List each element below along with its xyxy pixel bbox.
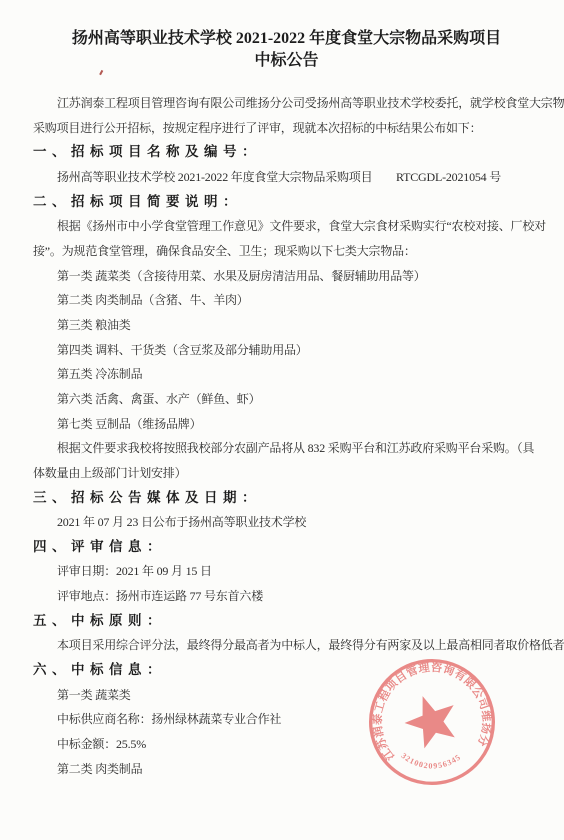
document-text-line: 第三类 粮油类 bbox=[33, 313, 540, 338]
stamp-serial-number: 3210020956345 bbox=[399, 743, 464, 775]
document-text-line: 根据文件要求我校将按照我校部分农副产品将从 832 采购平台和江苏政府采购平台采… bbox=[33, 436, 540, 461]
document-text-line: 第六类 活禽、禽蛋、水产（鲜鱼、虾） bbox=[33, 387, 540, 412]
document-text-line: 评审地点：扬州市连运路 77 号东首六楼 bbox=[33, 584, 540, 609]
stamp-star-icon bbox=[398, 687, 464, 752]
section-heading: 二、招标项目简要说明： bbox=[33, 190, 540, 215]
document-text-line: 第四类 调料、干货类（含豆浆及部分辅助用品） bbox=[33, 338, 540, 363]
document-text-line: 根据《扬州市中小学食堂管理工作意见》文件要求，食堂大宗食材采购实行“农校对接、厂… bbox=[33, 214, 540, 239]
svg-text:3210020956345: 3210020956345 bbox=[399, 743, 464, 775]
document-text-line: 评审日期：2021 年 09 月 15 日 bbox=[33, 559, 540, 584]
title-line-2: 中标公告 bbox=[33, 50, 540, 72]
document-text-line: 第二类 肉类制品（含猪、牛、羊肉） bbox=[33, 288, 540, 313]
document-text-line: 体数量由上级部门计划安排） bbox=[33, 461, 540, 486]
document-text-line: 第一类 蔬菜类（含接待用菜、水果及厨房清洁用品、餐厨辅助用品等） bbox=[33, 264, 540, 289]
official-seal-stamp: 江苏润泰工程项目管理咨询有限公司维扬分公司 3210020956345 bbox=[358, 648, 506, 796]
section-heading: 一、招标项目名称及编号： bbox=[33, 140, 540, 165]
document-text-line: 第五类 冷冻制品 bbox=[33, 362, 540, 387]
title-line-1: 扬州高等职业技术学校 2021-2022 年度食堂大宗物品采购项目 bbox=[33, 28, 540, 50]
document-page: 扬州高等职业技术学校 2021-2022 年度食堂大宗物品采购项目 中标公告 江… bbox=[0, 0, 564, 840]
section-heading: 三、招标公告媒体及日期： bbox=[33, 486, 540, 511]
document-text-line: 接”。为规范食堂管理，确保食品安全、卫生；现采购以下七类大宗物品： bbox=[33, 239, 540, 264]
document-text-line: 2021 年 07 月 23 日公布于扬州高等职业技术学校 bbox=[33, 510, 540, 535]
document-text-line: 采购项目进行公开招标，按规定程序进行了评审，现就本次招标的中标结果公布如下： bbox=[33, 116, 540, 141]
document-text-line: 第七类 豆制品（维扬品牌） bbox=[33, 412, 540, 437]
section-heading: 四、评审信息： bbox=[33, 535, 540, 560]
section-heading: 五、中标原则： bbox=[33, 609, 540, 634]
document-text-line: 扬州高等职业技术学校 2021-2022 年度食堂大宗物品采购项目 RTCGDL… bbox=[33, 165, 540, 190]
document-title: 扬州高等职业技术学校 2021-2022 年度食堂大宗物品采购项目 中标公告 bbox=[33, 28, 540, 72]
document-text-line: 江苏润泰工程项目管理咨询有限公司维扬分公司受扬州高等职业技术学校委托，就学校食堂… bbox=[33, 91, 540, 116]
